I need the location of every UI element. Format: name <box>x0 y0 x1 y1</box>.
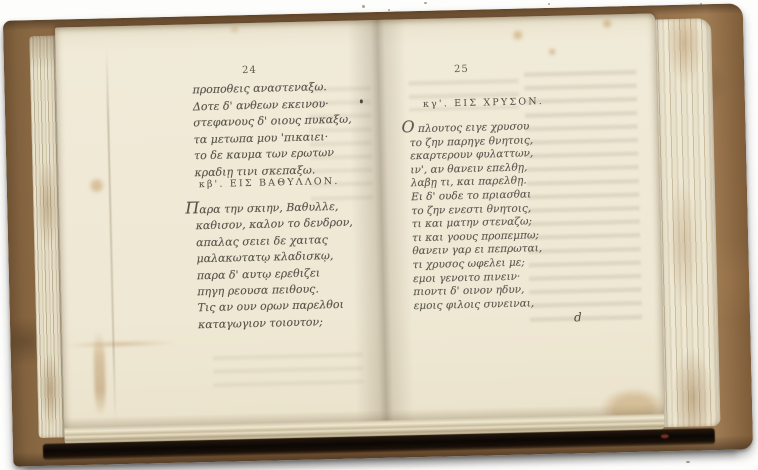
left-page-stanza2: Παρα την σκιην, Βαθυλλε,καθισον, καλον τ… <box>185 199 355 334</box>
foxing-stain <box>229 25 240 33</box>
dust-speck <box>424 2 427 4</box>
photograph-of-open-book: 24 προποθεις αναστεναξω.Δοτε δ' ανθεων ε… <box>0 0 758 470</box>
left-page-number: 24 <box>242 65 257 76</box>
left-page-stanza1: προποθεις αναστεναξω.Δοτε δ' ανθεων εκει… <box>192 79 353 182</box>
foxing-stain <box>601 18 613 28</box>
page-crease <box>105 46 116 424</box>
page-spread: 24 προποθεις αναστεναξω.Δοτε δ' ανθεων ε… <box>55 13 665 443</box>
initial-capital: Π <box>185 198 199 217</box>
open-book: 24 προποθεις αναστεναξω.Δοτε δ' ανθεων ε… <box>3 3 753 466</box>
poem-line: εμοις φιλοις συνειναι, <box>406 297 544 314</box>
right-page-number: 25 <box>454 64 469 75</box>
foxing-stain <box>548 48 557 56</box>
dust-speck <box>686 461 690 463</box>
foxing-stain <box>89 176 105 194</box>
show-through-text <box>213 352 364 396</box>
foxing-stain <box>511 29 524 40</box>
right-page-lines: Ο πλουτος ειγε χρυσουτο ζην παρηγε θνητο… <box>401 119 543 314</box>
dust-speck <box>362 5 365 8</box>
dust-speck <box>548 3 550 5</box>
gutter-shadow <box>347 19 415 436</box>
signature-mark: d <box>574 310 582 324</box>
foxing-stain <box>62 341 178 348</box>
poem-line: καταγωγιον τοιουτον; <box>188 313 355 333</box>
